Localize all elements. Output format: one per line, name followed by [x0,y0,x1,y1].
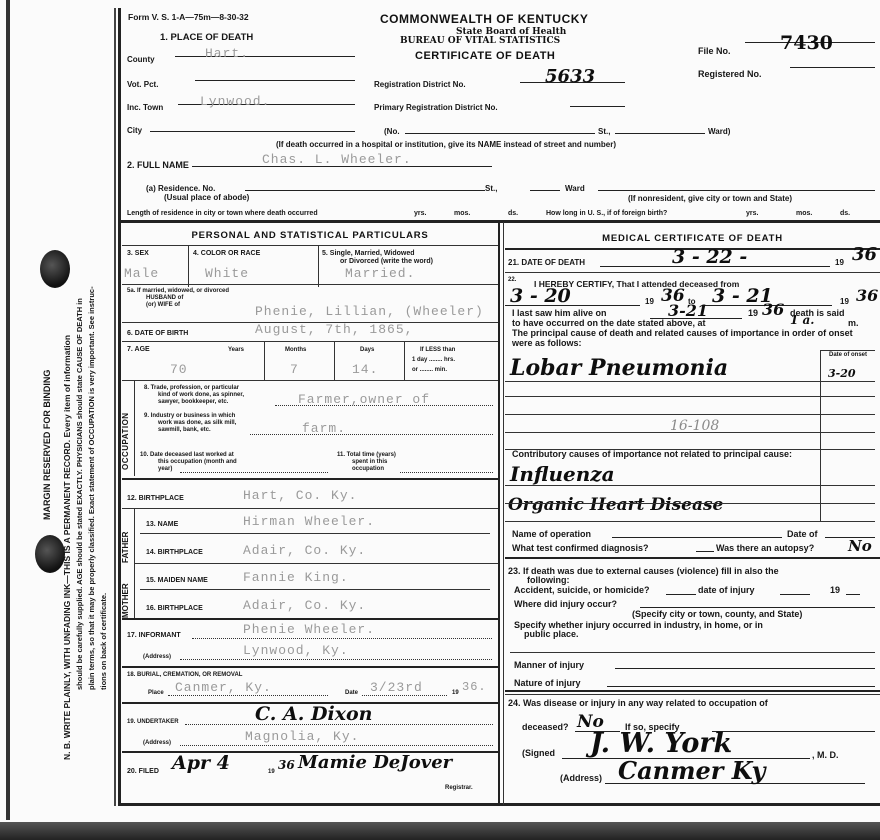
contributory-cause-2[interactable]: Organic Heart Disease [508,495,723,515]
margin-note: 16-108 [670,418,719,434]
less-than-hrs: 1 day ........ hrs. [412,357,455,364]
birthplace-value[interactable]: Hart, Co. Ky. [243,488,357,503]
medical-heading: MEDICAL CERTIFICATE OF DEATH [505,233,880,244]
mother-birthplace-value[interactable]: Adair, Co. Ky. [243,598,366,613]
ward-label: Ward) [708,127,730,136]
age-years-label: Years [228,347,244,354]
father-birthplace-value[interactable]: Adair, Co. Ky. [243,543,366,558]
date-of-death-year[interactable]: 36 [852,244,877,265]
attended-from-year-prefix: 19 [645,297,654,306]
mother-maiden-label: 15. MAIDEN NAME [146,577,208,585]
residence-sublabel: (Usual place of abode) [164,193,249,202]
spouse-label-3: (or) WIFE of [146,302,180,309]
rule [140,533,490,534]
title-bureau: BUREAU OF VITAL STATISTICS [400,36,560,46]
contributory-line-3 [505,521,875,522]
age-days-label: Days [360,347,374,354]
dotted-line [168,695,328,696]
burial-place-value[interactable]: Canmer, Ky. [175,680,272,695]
trade-label-1: 8. Trade, profession, or particular [144,385,239,392]
contributory-line-2 [505,503,875,504]
filed-year-prefix: 19 [268,769,275,776]
attended-from-value[interactable]: 3 - 20 [510,285,571,307]
accident-label: Accident, suicide, or homicide? [514,585,650,596]
mother-maiden-value[interactable]: Fannie King. [243,570,349,585]
contributory-line-1 [505,485,875,486]
mother-birthplace-label: 16. BIRTHPLACE [146,605,203,613]
rule [505,272,880,273]
street-no-field[interactable] [405,133,595,134]
cause-line-2 [505,396,875,397]
rule [134,380,135,476]
rule [505,694,880,695]
foreign-yrs: yrs. [746,210,758,217]
undertaker-label: 19. UNDERTAKER [127,719,179,726]
sex-value[interactable]: Male [124,266,159,281]
binder-hole [35,535,65,573]
residence-mos: mos. [454,210,470,217]
place-of-death-heading: 1. PLACE OF DEATH [160,32,253,43]
mother-side-label: MOTHER [121,583,130,618]
marital-label-2: or Divorced (write the word) [340,258,433,266]
burial-label: 18. BURIAL, CREMATION, OR REMOVAL [127,672,242,679]
date-of-death-year-prefix: 19 [835,258,844,267]
operation-date-label: Date of [787,529,818,540]
rule [122,478,498,480]
burial-date-value[interactable]: 3/23rd [370,680,423,695]
age-years-value[interactable]: 70 [170,362,188,377]
margin-instructions-2: should be carefully supplied. AGE should… [76,298,84,690]
accident-field[interactable] [666,594,696,595]
dotted-line [362,695,447,696]
md-label: , M. D. [812,750,839,761]
rule [404,341,405,381]
date-of-death-value[interactable]: 3 - 22 - [672,246,747,268]
total-time-label-2: spent in this [352,459,387,466]
marital-value[interactable]: Married. [345,266,415,281]
physician-address-value[interactable]: Canmer Ky [618,756,766,785]
race-label: 4. COLOR OR RACE [193,250,260,258]
where-injury-label: Where did injury occur? [514,599,617,610]
rule [122,284,498,285]
city-field[interactable] [150,131,355,132]
rule [134,563,498,564]
county-value[interactable]: Hart. [205,46,249,61]
margin-instructions-4: tions on back of certificate. [100,593,108,690]
rule [264,341,265,381]
rule [122,341,498,342]
page-bottom-edge [0,822,880,840]
nature-label: Nature of injury [514,678,581,689]
dotted-line [180,659,492,660]
residence-nonresident-field[interactable] [598,190,875,191]
residence-ds: ds. [508,210,518,217]
total-time-label-1: 11. Total time (years) [337,452,396,459]
rule [122,618,498,620]
personal-heading: PERSONAL AND STATISTICAL PARTICULARS [122,230,498,241]
inc-town-label: Inc. Town [127,103,163,112]
signed-label: (Signed [522,748,555,759]
rule [140,589,490,590]
ward-field[interactable] [615,133,705,134]
binder-hole [40,250,70,288]
registration-district-label: Registration District No. [374,80,466,89]
last-worked-label-1: 10. Date deceased last worked at [140,452,234,459]
county-label: County [127,55,155,64]
informant-value[interactable]: Phenie Wheeler. [243,622,375,637]
deceased-label: deceased? [522,722,569,733]
county-line [175,56,355,57]
dotted-line [250,434,493,435]
spouse-label-2: HUSBAND of [146,295,183,302]
manner-field[interactable] [615,668,875,669]
filed-date-value[interactable]: Apr 4 [172,752,230,774]
rule [122,380,498,381]
trade-label-2: kind of work done, as spinner, [158,392,244,399]
registrar-signature[interactable]: Mamie DeJover [298,752,452,773]
specify-field[interactable] [510,652,875,653]
operation-label: Name of operation [512,529,591,540]
registered-no-label: Registered No. [698,69,762,79]
attended-to-year-prefix: 19 [840,297,849,306]
rule [122,666,498,668]
certify-number: 22. [508,277,516,284]
autopsy-label: Was there an autopsy? [716,543,814,554]
onset-value[interactable]: 3-20 [828,367,856,380]
form-number: Form V. S. 1-A—75m—8-30-32 [128,12,249,22]
father-side-label: FATHER [121,532,130,563]
residence-yrs: yrs. [414,210,426,217]
date-of-onset-label: Date of onset [826,352,870,359]
margin-instructions-1: N. B. WRITE PLAINLY, WITH UNFADING INK—T… [62,335,72,760]
occupation-related-label: 24. Was disease or injury in any way rel… [508,698,768,709]
hospital-note: (If death occurred in a hospital or inst… [276,140,616,149]
total-time-label-3: occupation [352,466,384,473]
diagnosis-label: What test confirmed diagnosis? [512,543,649,554]
age-months-value[interactable]: 7 [290,362,299,377]
informant-address-value[interactable]: Lynwood, Ky. [243,643,349,658]
last-saw-year[interactable]: 36 [762,300,784,319]
injury-year-prefix: 19 [830,585,840,596]
street-no-label: (No. [384,127,400,136]
industry-label-3: sawmill, bank, etc. [158,427,211,434]
burial-year-prefix: 19 [452,690,459,697]
rule [188,245,189,287]
father-name-label: 13. NAME [146,521,178,529]
rule [122,245,498,246]
last-worked-label-2: this occupation (month and [158,459,237,466]
residence-st-label: St., [485,184,497,193]
undertaker-address-label: (Address) [143,740,171,747]
informant-label: 17. INFORMANT [127,632,181,640]
foreign-mos: mos. [796,210,812,217]
spouse-label-1: 5a. If married, widowed, or divorced [127,288,229,295]
header-divider [120,220,880,223]
rule [122,508,498,509]
dob-label: 6. DATE OF BIRTH [127,330,188,338]
undertaker-address-value[interactable]: Magnolia, Ky. [245,729,359,744]
specify-label-2: public place. [524,629,579,640]
margin-reserved-text: MARGIN RESERVED FOR BINDING [42,370,52,520]
specify-location-note: (Specify city or town, county, and State… [632,609,802,620]
filed-year-value[interactable]: 36 [278,758,295,772]
registration-district-value[interactable]: 5633 [545,66,595,87]
industry-label-1: 9. Industry or business in which [144,413,235,420]
sex-label: 3. SEX [127,250,149,258]
burial-year-value[interactable]: 36. [462,680,487,694]
title-certificate-of-death: CERTIFICATE OF DEATH [415,50,555,62]
if-so-field[interactable] [712,731,875,732]
cause-line-1 [505,381,875,382]
page-edge [6,0,10,820]
file-no-value[interactable]: 7430 [780,32,833,54]
race-value[interactable]: White [205,266,249,281]
father-name-value[interactable]: Hirman Wheeler. [243,514,375,529]
where-injury-field[interactable] [640,607,875,608]
manner-label: Manner of injury [514,660,584,671]
principal-cause-label: The principal cause of death and related… [512,328,874,348]
column-divider-inner [503,222,504,805]
residence-label: (a) Residence. No. [146,184,215,193]
less-than-min: or ........ min. [412,367,447,374]
dotted-line [192,638,492,639]
age-label: 7. AGE [127,346,150,354]
residence-ward-blank[interactable] [530,190,560,191]
nonresident-note: (If nonresident, give city or town and S… [628,194,792,203]
trade-label-3: sawyer, bookkeeper, etc. [158,399,228,406]
total-time-field[interactable] [400,472,493,473]
burial-date-label: Date [345,690,358,697]
time-of-death-value[interactable]: 1 a. [790,313,814,327]
informant-address-label: (Address) [143,654,171,661]
physician-address-label: (Address) [560,773,602,784]
foreign-birth-label: How long in U. S., if of foreign birth? [546,210,667,217]
diagnosis-field[interactable] [696,551,714,552]
street-label: St., [598,127,610,136]
occupation-side-label: OCCUPATION [121,412,130,470]
last-saw-year-prefix: 19 [748,308,758,319]
filed-label: 20. FILED [127,768,159,776]
full-name-value[interactable]: Chas. L. Wheeler. [262,152,412,167]
last-worked-label-3: year) [158,466,172,473]
industry-label-2: work was done, as silk mill, [158,420,236,427]
trade-value[interactable]: Farmer,owner of [298,392,430,407]
vot-pct-field[interactable] [195,80,355,81]
age-days-value[interactable]: 14. [352,362,378,377]
rule [505,690,880,692]
form-border [118,8,121,806]
injury-date-label: date of injury [698,585,755,596]
primary-district-label: Primary Registration District No. [374,103,498,112]
operation-field[interactable] [612,537,782,538]
dotted-line [180,745,493,746]
cause-line-3 [505,414,875,415]
file-no-label: File No. [698,46,731,56]
primary-district-field[interactable] [570,106,625,107]
burial-place-label: Place [148,690,164,697]
principal-cause-value[interactable]: Lobar Pneumonia [510,355,728,381]
spouse-value[interactable]: Phenie, Lillian, (Wheeler) [255,304,484,319]
registered-no-field[interactable] [790,67,875,68]
autopsy-value[interactable]: No [848,537,872,555]
residence-ward-label: Ward [565,184,585,193]
rule [334,341,335,381]
contributory-label: Contributory causes of importance not re… [512,450,812,459]
inc-town-value[interactable]: Lynwood. [200,94,270,109]
rule [318,245,319,287]
margin-instructions-3: plain terms, so that it may be properly … [88,286,96,690]
rule [820,350,875,351]
title-commonwealth: COMMONWEALTH OF KENTUCKY [380,12,588,26]
birthplace-label: 12. BIRTHPLACE [127,495,184,503]
full-name-label: 2. FULL NAME [127,160,189,170]
city-label: City [127,126,142,135]
industry-value[interactable]: farm. [302,421,346,436]
contributory-cause-1[interactable]: Influenza [510,462,615,486]
last-worked-field[interactable] [180,472,328,473]
foreign-ds: ds. [840,210,850,217]
vot-pct-label: Vot. Pct. [127,80,158,89]
physician-signature[interactable]: J. W. York [590,728,732,759]
undertaker-value[interactable]: C. A. Dixon [255,703,373,725]
dob-value[interactable]: August, 7th, 1865, [255,322,413,337]
column-divider [498,222,500,805]
rule [505,557,880,559]
injury-year-field[interactable] [846,594,860,595]
injury-date-field[interactable] [780,594,810,595]
father-birthplace-label: 14. BIRTHPLACE [146,549,203,557]
less-than-label: If LESS than [420,347,455,354]
registrar-label: Registrar. [445,785,473,792]
nature-field[interactable] [607,686,875,687]
form-border [114,8,116,806]
marital-label-1: 5. Single, Married, Widowed [322,250,415,258]
attended-to-year[interactable]: 36 [856,286,878,305]
length-of-residence-label: Length of residence in city or town wher… [127,210,318,217]
residence-no-field[interactable] [245,190,485,191]
age-months-label: Months [285,347,306,354]
rule [820,350,821,522]
date-of-death-label: 21. DATE OF DEATH [508,258,585,267]
